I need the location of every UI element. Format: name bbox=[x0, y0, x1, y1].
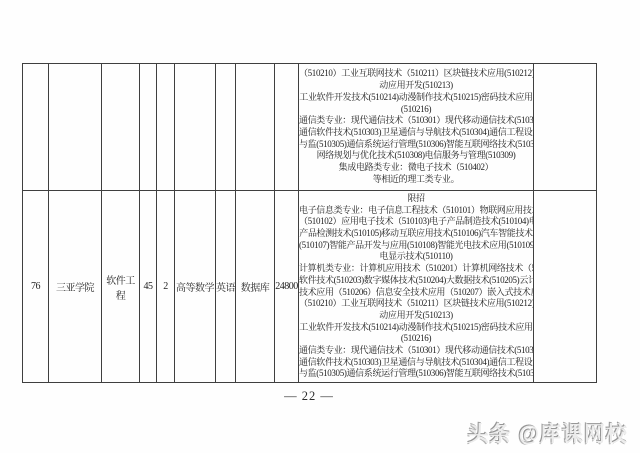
plan-count-cell: 45 bbox=[140, 191, 157, 383]
seq-cell: 76 bbox=[23, 191, 49, 383]
remark-line: 与监(510305)通信系统运行管理(510306)智能互联网络技术(51030… bbox=[299, 368, 533, 380]
exam-subject3-cell: 数据库 bbox=[236, 191, 275, 383]
remark-line: (510107)智能产品开发与应用(510108)智能光电技术应用(510109… bbox=[299, 240, 533, 252]
duration-cell: 2 bbox=[157, 191, 175, 383]
exam-subject1-cell bbox=[175, 64, 216, 191]
exam-subject1-cell: 高等数学 bbox=[175, 191, 216, 383]
remark-line: 工业软件开发技术(510214)动漫制作技术(510215)密码技术应用 bbox=[299, 322, 533, 334]
major-cell bbox=[102, 64, 140, 191]
remarks-cell: 限招电子信息类专业：电子信息工程技术（510101）物联网应用技术（510102… bbox=[299, 191, 534, 383]
remark-line: 工业软件开发技术(510214)动漫制作技术(510215)密码技术应用 bbox=[299, 92, 533, 104]
duration-cell bbox=[157, 64, 175, 191]
remark-line: 等相近的理工类专业。 bbox=[299, 174, 533, 186]
page-number: — 22 — bbox=[22, 389, 596, 404]
remark-line: （510210）工业互联网技术（510211）区块链技术应用(510212)移 bbox=[299, 298, 533, 310]
remark-line: 与监(510305)通信系统运行管理(510306)智能互联网络技术(51030… bbox=[299, 139, 533, 151]
plan-count-cell bbox=[140, 64, 157, 191]
document-page: （510210）工业互联网技术（510211）区块链技术应用(510212)移动… bbox=[0, 0, 640, 453]
remark-line: 集成电路类专业：微电子技术（510402） bbox=[299, 162, 533, 174]
remark-line: 动应用开发(510213) bbox=[299, 310, 533, 322]
exam-subject2-cell bbox=[216, 64, 236, 191]
remark-line: 通信类专业：现代通信技术（510301）现代移动通信技术(510302) bbox=[299, 345, 533, 357]
remark-line: （510102）应用电子技术（510103)电子产品制造技术(510104)电子 bbox=[299, 216, 533, 228]
remark-line: 计算机类专业：计算机应用技术（510201）计算机网络技术（510202） bbox=[299, 263, 533, 275]
remark-line: (510216) bbox=[299, 104, 533, 116]
remark-line: 通信软件技术(510303)卫星通信与导航技术(510304)通信工程设计 bbox=[299, 357, 533, 369]
remark-line: 通信类专业：现代通信技术（510301）现代移动通信技术(510302) bbox=[299, 115, 533, 127]
seq-cell bbox=[23, 64, 49, 191]
table-row-76: 76 三亚学院 软件工程 45 2 高等数学 英语 数据库 24800 限招电子… bbox=[23, 191, 597, 383]
remark-line: 产品检测技术(510105)移动互联应用技术(510106)汽车智能技术 bbox=[299, 228, 533, 240]
remarks-cell: （510210）工业互联网技术（510211）区块链技术应用(510212)移动… bbox=[299, 64, 534, 191]
tuition-cell: 24800 bbox=[275, 191, 299, 383]
remark-line: 电显示技术(510110) bbox=[299, 251, 533, 263]
exam-subject3-cell bbox=[236, 64, 275, 191]
remark-line: （510210）工业互联网技术（510211）区块链技术应用(510212)移 bbox=[299, 68, 533, 80]
remark-line: 网络规划与优化技术(510308)电信服务与管理(510309) bbox=[299, 150, 533, 162]
remark-line: 软件技术(510203)数字媒体技术(510204)大数据技术(510205)云… bbox=[299, 275, 533, 287]
remark-line: 通信软件技术(510303)卫星通信与导航技术(510304)通信工程设计 bbox=[299, 127, 533, 139]
remark-line: 限招 bbox=[299, 193, 533, 205]
remark-line: 技术应用（510206）信息安全技术应用（510207）嵌入式技术应用 bbox=[299, 287, 533, 299]
exam-subject2-cell: 英语 bbox=[216, 191, 236, 383]
empty-cell bbox=[534, 191, 597, 383]
major-cell: 软件工程 bbox=[102, 191, 140, 383]
remark-line: (510216) bbox=[299, 333, 533, 345]
college-cell: 三亚学院 bbox=[49, 191, 102, 383]
watermark-toutiao: 头条 @库课网校 bbox=[468, 418, 628, 448]
admissions-table: （510210）工业互联网技术（510211）区块链技术应用(510212)移动… bbox=[22, 63, 597, 383]
empty-cell bbox=[534, 64, 597, 191]
remark-line: 动应用开发(510213) bbox=[299, 80, 533, 92]
college-cell bbox=[49, 64, 102, 191]
remark-line: 电子信息类专业：电子信息工程技术（510101）物联网应用技术 bbox=[299, 205, 533, 217]
tuition-cell bbox=[275, 64, 299, 191]
table-row-continuation: （510210）工业互联网技术（510211）区块链技术应用(510212)移动… bbox=[23, 64, 597, 191]
